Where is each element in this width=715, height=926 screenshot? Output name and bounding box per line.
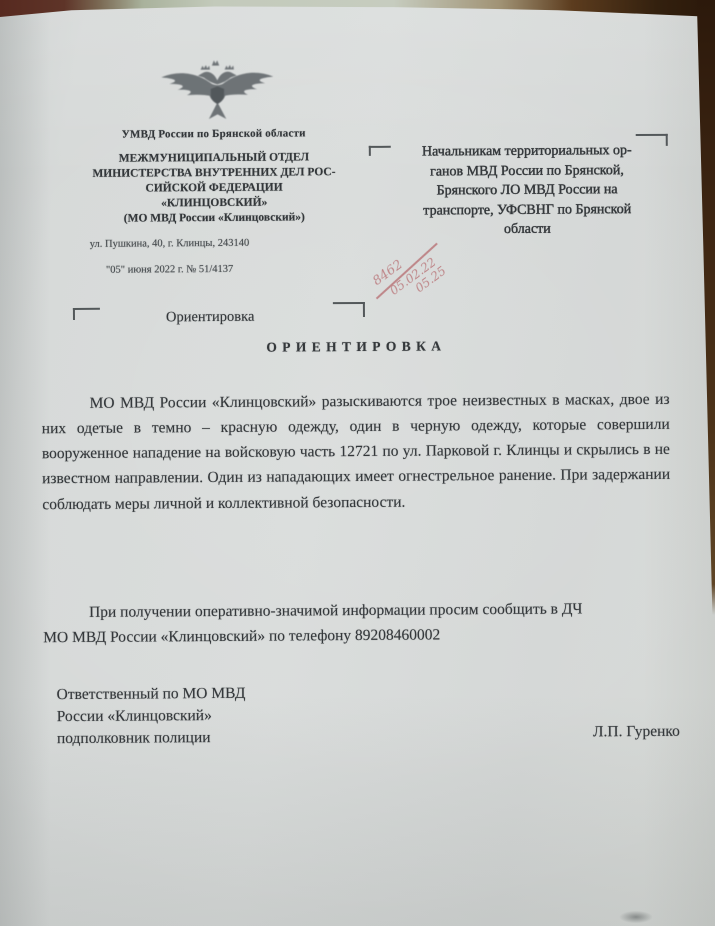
- doc-type-corner-mark-left: [73, 308, 100, 320]
- signature-line: подполковник полиции: [57, 726, 246, 749]
- orientirovka-body-paragraph: МО МВД России «Клинцовский» разыскиваютс…: [41, 386, 670, 517]
- umvd-region-line: УМВД России по Брянской области: [54, 127, 374, 141]
- date-and-number-line: "05" июня 2022 г. № 51/4137: [39, 263, 301, 276]
- signature-line: Ответственный по МО МВД: [57, 683, 246, 706]
- signature-name: Л.П. Гуренко: [472, 723, 680, 742]
- contact-paragraph: При получении оперативно-значимой информ…: [43, 596, 671, 650]
- org-line: МИНИСТЕРСТВА ВНУТРЕННИХ ДЕЛ РОС-: [54, 165, 374, 182]
- addressee-line: Начальникам территориальных ор-: [388, 141, 666, 162]
- page-title: О Р И Е Н Т И Р О В К А: [19, 337, 689, 358]
- document-content: УМВД России по Брянской области МЕЖМУНИЦ…: [0, 0, 715, 926]
- addressee-line: ганов МВД России по Брянской,: [388, 160, 666, 181]
- contact-paragraph-line: МО МВД России «Клинцовский» по телефону …: [43, 621, 671, 650]
- doc-type-corner-mark-right: [333, 302, 365, 317]
- doc-type-label: Ориентировка: [166, 309, 255, 327]
- addressee-block: Начальникам территориальных ор- ганов МВ…: [388, 141, 667, 240]
- address-line: ул. Пушкина, 40, г. Клинцы, 243140: [38, 237, 300, 250]
- addressee-line: Брянского ЛО МВД России на: [388, 180, 666, 201]
- scanned-document-page: УМВД России по Брянской области МЕЖМУНИЦ…: [0, 0, 715, 926]
- addressee-line: транспорте, УФСВНГ по Брянской: [388, 199, 666, 220]
- signature-line: России «Клинцовский»: [57, 705, 246, 728]
- org-line: (МО МВД России «Клинцовский»): [54, 210, 374, 227]
- contact-paragraph-line: При получении оперативно-значимой информ…: [43, 596, 671, 625]
- organization-name-block: МЕЖМУНИЦИПАЛЬНЫЙ ОТДЕЛ МИНИСТЕРСТВА ВНУТ…: [54, 150, 375, 227]
- signature-block: Ответственный по МО МВД России «Клинцовс…: [57, 683, 246, 750]
- mvd-double-headed-eagle-icon: [157, 59, 277, 128]
